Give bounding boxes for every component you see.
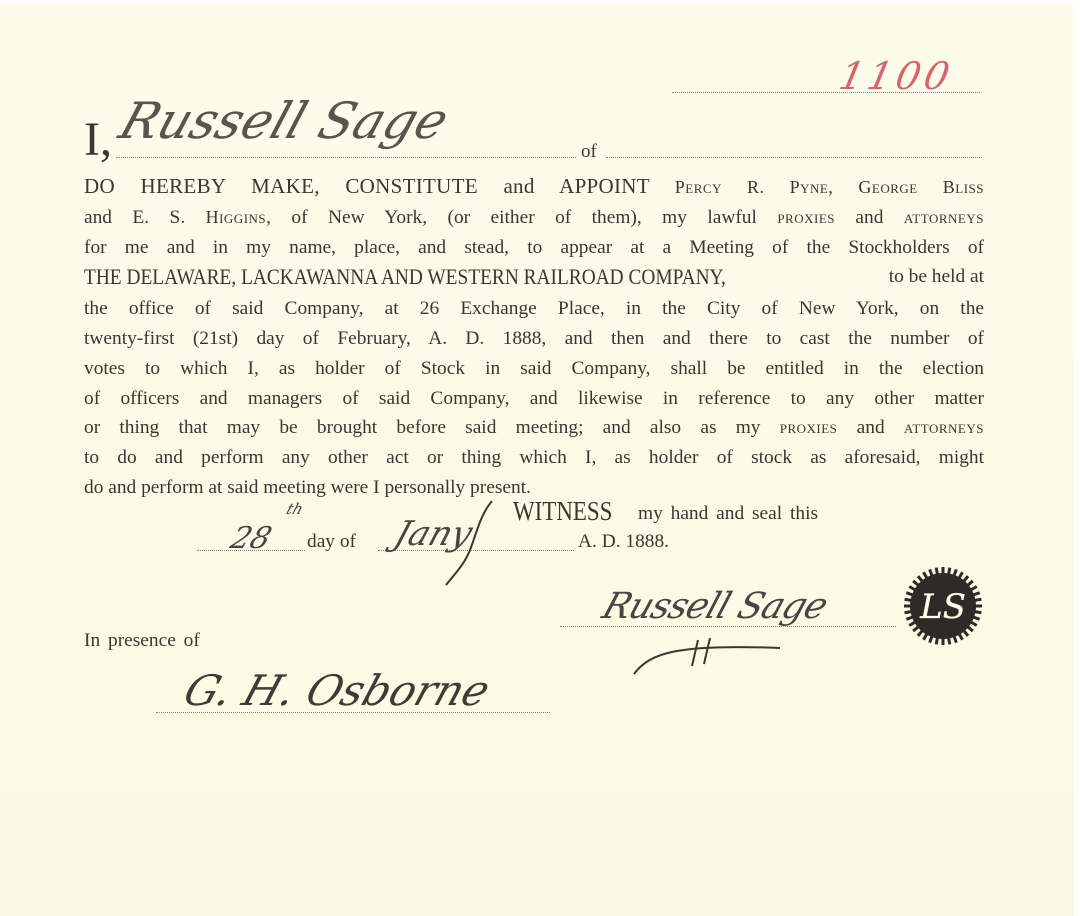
body-line-8: of officers and managers of said Company… — [84, 384, 984, 414]
proxy-names: Percy R. Pyne, George Bliss — [675, 177, 984, 197]
signature-line[interactable] — [560, 626, 896, 627]
signature-flourish — [630, 630, 790, 680]
witness-clause: my hand and seal this — [638, 503, 818, 525]
attorneys-word: attorneys — [904, 207, 984, 227]
of-label: of — [581, 141, 597, 163]
grantor-name-line — [116, 157, 576, 158]
body-line-9: or thing that may be brought before said… — [84, 413, 984, 443]
witness-signature-line[interactable] — [156, 712, 550, 713]
witness-signature: G. H. Osborne — [178, 666, 496, 715]
body-line-4: THE DELAWARE, LACKAWANNA AND WESTERN RAI… — [84, 262, 984, 294]
proxy-name-higgins: Higgins — [206, 207, 267, 227]
body-line-2: and E. S. Higgins, of New York, (or eith… — [84, 203, 984, 233]
body-line-1: DO HEREBY MAKE, CONSTITUTE and APPOINT P… — [84, 172, 984, 203]
proxy-document: 1100 I, Russell Sage of DO HEREBY MAKE, … — [0, 0, 1080, 916]
ad-year-label: A. D. 1888. — [578, 531, 669, 553]
form-number: 1100 — [835, 54, 957, 98]
text-fragment: and E. S. — [84, 207, 185, 228]
body-line-7: votes to which I, as holder of Stock in … — [84, 354, 984, 384]
proxies-word: proxies — [780, 417, 838, 437]
proxy-body-text: DO HEREBY MAKE, CONSTITUTE and APPOINT P… — [84, 172, 984, 503]
company-name: THE DELAWARE, LACKAWANNA AND WESTERN RAI… — [84, 262, 726, 292]
body-line-6: twenty-first (21st) day of February, A. … — [84, 324, 984, 354]
grantor-name-handwritten: Russell Sage — [113, 92, 456, 150]
signer-signature: Russell Sage — [597, 586, 832, 627]
paper-edge-right — [1074, 0, 1080, 916]
witness-heading: WITNESS — [513, 496, 612, 527]
residence-line[interactable] — [606, 157, 982, 158]
seal-monogram: LS — [919, 587, 966, 627]
text-fragment: to be held at — [889, 262, 984, 292]
body-line-10: to do and perform any other act or thing… — [84, 443, 984, 473]
text-fragment: and — [855, 207, 883, 228]
paper-edge-top — [0, 0, 1080, 3]
proxies-word: proxies — [777, 207, 835, 227]
seal-icon: LS — [903, 566, 983, 646]
in-presence-of-label: In presence of — [84, 630, 200, 652]
body-line-5: the office of said Company, at 26 Exchan… — [84, 294, 984, 324]
header-prefix: I, — [84, 116, 112, 164]
month-flourish — [440, 495, 500, 590]
text-fragment: , of New York, (or either of them), my l… — [266, 207, 757, 228]
text-fragment: and — [857, 417, 885, 438]
appoint-clause: DO HEREBY MAKE, CONSTITUTE and APPOINT — [84, 174, 650, 198]
attorneys-word: attorneys — [904, 417, 984, 437]
day-of-label: day of — [307, 531, 356, 553]
body-line-3: for me and in my name, place, and stead,… — [84, 233, 984, 263]
text-fragment: or thing that may be brought before said… — [84, 417, 761, 438]
